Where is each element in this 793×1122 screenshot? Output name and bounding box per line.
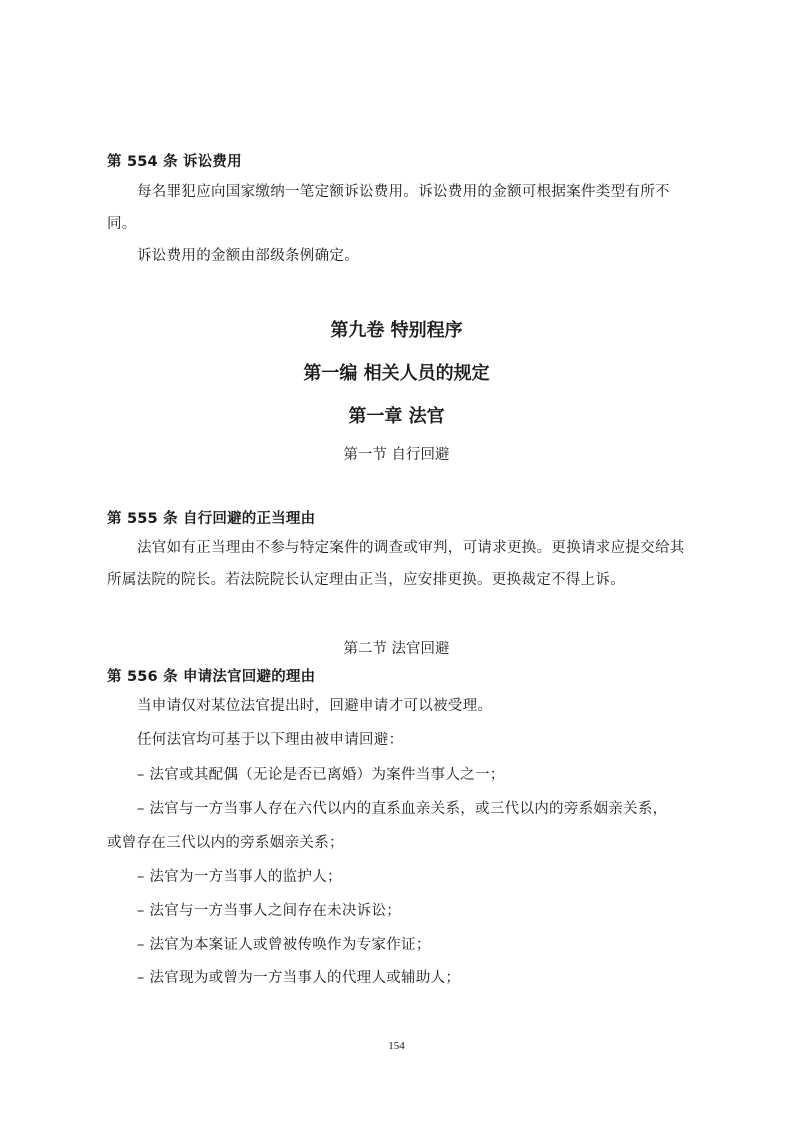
list-item: – 法官与一方当事人存在六代以内的直系血亲关系，或三代以内的旁系姻亲关系， xyxy=(137,797,667,818)
article-555-paragraph-1: 法官如有正当理由不参与特定案件的调查或审判，可请求更换。更换请求应提交给其所属法… xyxy=(107,532,697,596)
article-554-heading: 第 554 条 诉讼费用 xyxy=(107,150,242,171)
article-555-heading: 第 555 条 自行回避的正当理由 xyxy=(107,507,315,528)
article-556-paragraph-1: 当申请仅对某位法官提出时，回避申请才可以被受理。 xyxy=(137,694,492,715)
article-556-paragraph-2: 任何法官均可基于以下理由被申请回避： xyxy=(137,728,403,749)
volume-title: 第九卷 特别程序 xyxy=(0,316,793,342)
page-number: 154 xyxy=(0,1040,793,1052)
list-item: – 法官或其配偶（无论是否已离婚）为案件当事人之一； xyxy=(137,763,505,784)
document-page: 第 554 条 诉讼费用 每名罪犯应向国家缴纳一笔定额诉讼费用。诉讼费用的金额可… xyxy=(0,0,793,1122)
list-item-continuation: 或曾存在三代以内的旁系姻亲关系； xyxy=(107,831,344,852)
part-title: 第一编 相关人员的规定 xyxy=(0,359,793,385)
list-item: – 法官与一方当事人之间存在未决诉讼； xyxy=(137,899,401,920)
chapter-title: 第一章 法官 xyxy=(0,402,793,428)
article-554-paragraph-2: 诉讼费用的金额由部级条例确定。 xyxy=(107,240,697,272)
article-556-heading: 第 556 条 申请法官回避的理由 xyxy=(107,665,315,686)
section-2-title: 第二节 法官回避 xyxy=(0,637,793,658)
list-item: – 法官现为或曾为一方当事人的代理人或辅助人； xyxy=(137,966,460,987)
list-item: – 法官为一方当事人的监护人； xyxy=(137,865,342,886)
section-1-title: 第一节 自行回避 xyxy=(0,443,793,464)
list-item: – 法官为本案证人或曾被传唤作为专家作证； xyxy=(137,933,431,954)
article-554-paragraph-1: 每名罪犯应向国家缴纳一笔定额诉讼费用。诉讼费用的金额可根据案件类型有所不同。 xyxy=(107,176,697,240)
